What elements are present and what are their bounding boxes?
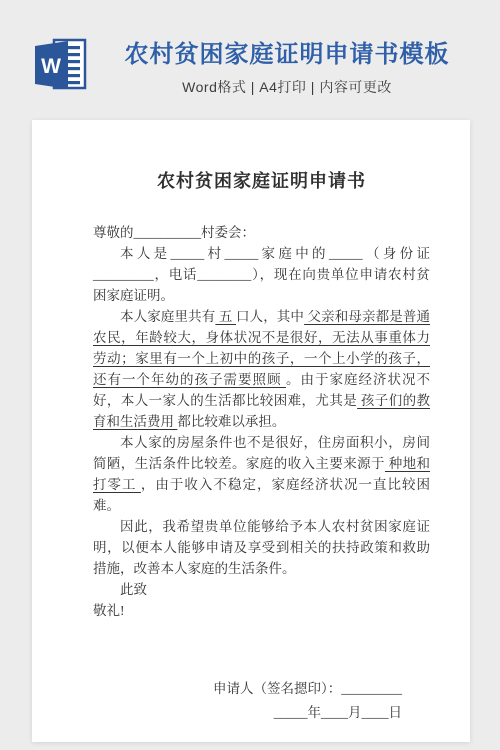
paragraph: 尊敬的__________村委会： — [93, 222, 430, 243]
paragraph: 本人家庭里共有 五 口人，其中 父亲和母亲都是普通农民，年龄较大，身体状况不是很… — [93, 306, 430, 432]
document-page: 农村贫困家庭证明申请书 尊敬的__________村委会：本人是_____村__… — [32, 120, 470, 742]
paragraph: 此致 — [93, 579, 430, 600]
signature-block: 申请人（签名摁印）：_________ _____年____月____日 — [93, 677, 430, 725]
page-title: 农村贫困家庭证明申请书模板 — [88, 40, 486, 70]
word-logo-icon: W — [32, 37, 88, 91]
page-subtitle: Word格式 | A4打印 | 内容可更改 — [88, 77, 486, 97]
date-line: _____年____月____日 — [93, 701, 402, 725]
paragraph: 因此，我希望贵单位能够给予本人农村贫困家庭证明，以便本人能够申请及享受到相关的扶… — [93, 516, 430, 579]
svg-text:W: W — [41, 55, 61, 78]
paragraph: 敬礼! — [93, 600, 430, 621]
paragraph: 本人是_____村_____家庭中的_____（身份证_________，电话_… — [93, 243, 430, 306]
header: W 农村贫困家庭证明申请书模板 Word格式 | A4打印 | 内容可更改 — [0, 0, 500, 120]
applicant-signature-line: 申请人（签名摁印）：_________ — [93, 677, 402, 701]
document-paragraphs: 尊敬的__________村委会：本人是_____村_____家庭中的_____… — [93, 222, 430, 621]
paragraph: 本人家的房屋条件也不是很好，住房面积小，房间简陋，生活条件比较差。家庭的收入主要… — [93, 432, 430, 516]
document-title: 农村贫困家庭证明申请书 — [93, 166, 430, 196]
